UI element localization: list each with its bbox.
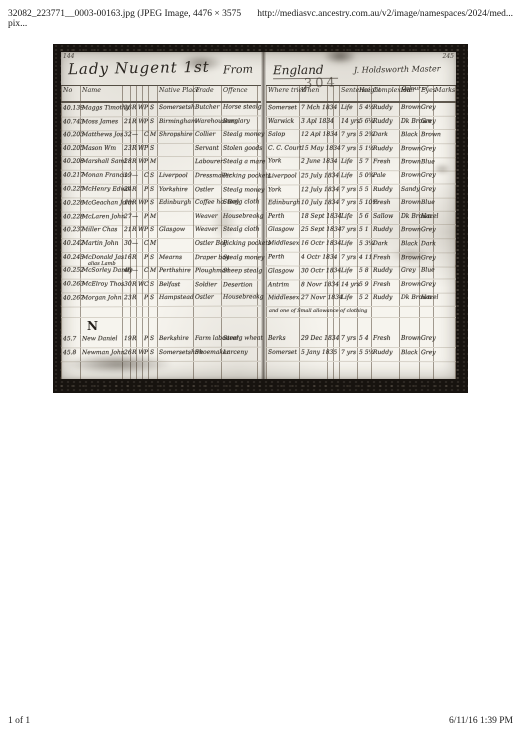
scanned-document-image: 144 Lady Nugent 1st From NoNameNative Pl…	[53, 44, 468, 393]
cell-trade	[194, 362, 222, 379]
cell-when: 18 Sept 1834	[300, 212, 328, 225]
cell-height: 4 11	[358, 253, 372, 266]
print-footer-pagecount: 1 of 1	[8, 716, 30, 726]
cell-eyes: Grey	[420, 334, 434, 347]
ruled-row	[61, 307, 261, 318]
cell-no	[61, 307, 81, 317]
cell-age: 28	[123, 157, 131, 170]
cell-no: 40.217	[61, 171, 81, 184]
cell-trade: Ostler	[194, 185, 222, 198]
cell-trade: Servant	[194, 144, 222, 157]
cell-eyes: Blue	[420, 198, 434, 211]
ledger-row: Liverpool25 July 1834Life5 0¾PaleBrownGr…	[266, 170, 456, 185]
cell-no: 40.267	[61, 294, 81, 307]
colhead-sentence: Sentence	[340, 86, 358, 101]
cell-height: 5 2¾	[358, 130, 372, 143]
cell-trade: Coffee ho. Boy	[194, 198, 222, 211]
printed-browser-page: { "print": { "header_left": "32082_22377…	[0, 0, 521, 738]
cell-hair: Black	[400, 348, 420, 361]
cell-trade: Warehousemn	[194, 116, 222, 129]
cell-offence: Housebreakg	[222, 293, 258, 306]
ledger-left-page: 144 Lady Nugent 1st From NoNameNative Pl…	[61, 52, 261, 379]
cell-place: Glasgow	[158, 225, 194, 238]
cell-when: 30 Octr 1834	[300, 266, 328, 279]
cell-tried: Glasgow	[266, 267, 300, 280]
cell-place: Somersetshire	[158, 348, 194, 361]
cell-place: Perthshire	[158, 266, 194, 279]
cell-place	[158, 362, 194, 379]
cell-no: 40.208	[61, 157, 81, 170]
cell-complexion: Ruddy	[372, 225, 400, 238]
cell-complexion: Fresh	[372, 280, 400, 293]
cell-m4: S	[149, 103, 158, 116]
cell-sentence: Life	[340, 212, 358, 225]
left-page-number: 144	[63, 53, 74, 60]
cell-complexion: Ruddy	[372, 144, 400, 157]
ledger-row: 45.8Newman John26R WPSSomersetshireShoem…	[61, 348, 261, 362]
cell-m4: S	[149, 117, 158, 130]
colhead-complexion: Complexion	[372, 86, 400, 101]
cell-offence: Picking pockets	[222, 171, 258, 184]
ledger-row: 40.139Maggs Timothy26RWPSSomersetshButch…	[61, 102, 261, 117]
cell-offence: Horse stealg	[222, 102, 258, 115]
cell-m4: S	[149, 184, 158, 197]
cell-age: 27	[123, 212, 131, 225]
cell-place	[158, 239, 194, 252]
ledger-row: 40.252McSorley Dandy40—CMPerthshirePloug…	[61, 266, 261, 280]
cell-age: 18	[123, 198, 131, 211]
cell-m4: S	[149, 334, 158, 347]
cell-marks	[434, 362, 456, 379]
cell-marks	[434, 318, 456, 334]
cell-hair: Brown	[400, 334, 420, 347]
cell-m4: S	[149, 171, 158, 184]
cell-place	[158, 307, 194, 317]
cell-tried: Liverpool	[266, 171, 300, 184]
cell-marks	[434, 158, 456, 171]
cell-tried	[266, 318, 300, 334]
cell-marks	[434, 170, 456, 183]
cell-sentence: 14 yrs	[340, 117, 358, 130]
ruled-row: N	[61, 318, 261, 334]
cell-height: 5 5½	[358, 348, 372, 361]
cell-age	[123, 307, 131, 317]
cell-marks	[434, 144, 456, 157]
cell-height: 5 1	[358, 225, 372, 238]
colhead-m4	[149, 86, 158, 101]
ship-name-title: Lady Nugent 1st	[68, 58, 210, 78]
ledger-row: Berks29 Dec 18347 yrs5 4FreshBrownGrey	[266, 334, 456, 348]
cell-no: 40.743	[61, 117, 81, 130]
cell-trade: Collier	[194, 130, 222, 143]
cell-marks	[434, 293, 456, 306]
colhead-age	[123, 86, 131, 101]
cell-when: 10 July 1834	[300, 198, 328, 211]
cell-hair: Black	[400, 130, 420, 143]
cell-trade: Weaver	[194, 211, 222, 224]
cell-eyes: Grey	[420, 348, 434, 361]
cell-hair: Brown	[400, 225, 420, 238]
cell-age: 19	[123, 171, 131, 184]
cell-no: 40.242	[61, 239, 81, 252]
cell-trade	[194, 307, 222, 317]
cell-when: 2 June 1834	[300, 157, 328, 170]
ledger-row: 40.208Marshall Saml28R WPMLabourerStealg…	[61, 157, 261, 171]
cell-sentence: 14 yrs	[340, 280, 358, 293]
cell-name: Marshall Saml	[81, 157, 123, 170]
cell-tried: Perth	[266, 212, 300, 225]
ledger-row: 40.237Miller Chas21RWPSGlasgowWeaverStea…	[61, 225, 261, 239]
cell-eyes: Hazel	[420, 212, 434, 225]
section-letter: N	[87, 319, 98, 333]
cell-age: 23	[123, 144, 131, 157]
right-page-number: 245	[443, 53, 454, 60]
cell-height: 5 0¾	[358, 171, 372, 184]
cell-age	[123, 362, 131, 379]
ledger-row: 40.228McLaren John27—PMWeaverHousebreakg	[61, 211, 261, 225]
cell-hair: Dk Brown	[400, 293, 420, 306]
cell-trade: Butcher	[194, 103, 222, 116]
cell-complexion: Dark	[372, 239, 400, 252]
cell-marks	[434, 266, 456, 279]
ledger-row: 40.217Monan Francis19—CSLiverpoolDressma…	[61, 171, 261, 185]
cell-height: 5 4	[358, 334, 372, 347]
cell-sentence: 7 yrs	[340, 198, 358, 211]
left-rows: 40.139Maggs Timothy26RWPSSomersetshButch…	[61, 103, 261, 379]
cell-sentence: Life	[340, 157, 358, 170]
cell-name: Newman John	[81, 348, 123, 361]
cell-hair	[400, 362, 420, 379]
cell-name: New Daniel	[81, 334, 123, 347]
cell-m4: M	[149, 212, 158, 225]
cell-hair	[400, 318, 420, 334]
cell-name: Maggs Timothy	[81, 103, 123, 116]
cell-name: McSorley Dandy	[81, 266, 123, 279]
cell-eyes	[420, 307, 434, 317]
cell-eyes: Blue	[420, 158, 434, 171]
from-label: From	[223, 62, 253, 76]
cell-m4: M	[149, 266, 158, 279]
cell-marks	[434, 348, 456, 361]
cell-marks	[434, 239, 456, 252]
ledger-paper: 144 Lady Nugent 1st From NoNameNative Pl…	[61, 52, 456, 379]
cell-hair: Black	[400, 239, 420, 252]
cell-age: 26	[123, 103, 131, 116]
cell-eyes: Dark	[420, 239, 434, 252]
ledger-row: Perth18 Sept 1834Life5 6SallowDk BrownHa…	[266, 212, 456, 226]
ledger-row: Middlesex27 Novr 1834Life5 2RuddyDk Brow…	[266, 293, 456, 307]
colhead-place: Native Place	[158, 86, 194, 101]
cell-m4: S	[149, 253, 158, 266]
cell-name	[81, 362, 123, 379]
cell-tried: Somerset	[266, 348, 300, 361]
cell-complexion: Fresh	[372, 253, 400, 266]
cell-sentence: Life	[340, 171, 358, 184]
cell-offence: Desertion	[222, 280, 258, 293]
cell-offence: Housebreakg	[222, 211, 258, 224]
cell-offence: Stealg cloth	[222, 198, 258, 211]
cell-m4	[149, 318, 158, 334]
cell-complexion: Fresh	[372, 334, 400, 347]
cell-no: 40.237	[61, 226, 81, 239]
cell-name: McLaren John	[81, 212, 123, 225]
colhead-when: When	[300, 86, 328, 101]
cell-age: 19	[123, 334, 131, 347]
colhead-no: No	[61, 86, 81, 101]
cell-eyes: Blue	[420, 266, 434, 279]
cell-height	[358, 362, 372, 379]
cell-trade	[194, 318, 222, 334]
ledger-right-page: 245 England J. Holdsworth Master 304 Col…	[266, 52, 456, 379]
cell-when: 4 Octr 1834	[300, 252, 328, 265]
cell-tried: Berks	[266, 334, 300, 347]
print-header-url: http://mediasvc.ancestry.com.au/v2/image…	[257, 9, 513, 29]
ledger-row: 40.226McGeachan John18R WPSEdinburghCoff…	[61, 198, 261, 213]
cell-marks	[434, 253, 456, 266]
cell-complexion: Ruddy	[372, 117, 400, 130]
cell-name: Matthews Jos	[81, 130, 123, 143]
cell-sentence: Life	[340, 239, 358, 252]
colhead-name: Name	[81, 86, 123, 101]
cell-place: Mearns	[158, 253, 194, 266]
cell-sentence	[340, 362, 358, 379]
left-column-headers: NoNameNative PlaceTradeOffence	[61, 86, 261, 103]
cell-m4	[149, 307, 158, 317]
cell-age: 32	[123, 130, 131, 143]
cell-no: 40.245	[61, 252, 81, 265]
cell-offence: Stealg wheat	[222, 334, 258, 347]
cell-when	[300, 318, 328, 334]
cell-name: McElroy Thos	[81, 279, 123, 292]
cell-hair: Brown	[400, 198, 420, 211]
cell-place: Birmingham	[158, 116, 194, 129]
cell-marks	[434, 212, 456, 225]
cell-age	[123, 318, 131, 334]
cell-no: 40.252	[61, 266, 81, 279]
cell-tried: Warwick	[266, 117, 300, 130]
cell-when: 8 Novr 1834	[300, 280, 328, 293]
cell-complexion	[372, 307, 400, 317]
colhead-marks: Marks	[434, 86, 456, 101]
cell-when: 7 Mch 1834	[300, 103, 328, 116]
cell-no: 40.205	[61, 144, 81, 157]
cell-place: Somersetsh	[158, 103, 194, 116]
ledger-row: 40.245McDonald Jasalias Lamb16RPSMearnsD…	[61, 252, 261, 266]
ledger-row: 40.225McHenry Edwd24RPSYorkshireOstlerSt…	[61, 184, 261, 199]
cell-m4: S	[149, 225, 158, 238]
cell-tried: Somerset	[266, 103, 300, 116]
cell-complexion: Pale	[372, 171, 400, 184]
colhead-trade: Trade	[194, 86, 222, 101]
ruled-row	[61, 362, 261, 379]
cell-no: 40.225	[61, 184, 81, 197]
cell-when: 29 Dec 1834	[300, 334, 328, 347]
cell-tried: Middlesex	[266, 293, 300, 306]
cell-marks	[434, 198, 456, 211]
left-title-row: 144 Lady Nugent 1st From	[61, 52, 261, 86]
cell-eyes: Grey	[420, 117, 434, 130]
cell-offence: Sheep stealg	[222, 266, 258, 279]
cell-no: 40.228	[61, 212, 81, 225]
cell-when	[300, 362, 328, 379]
cell-name: McGeachan John	[81, 198, 123, 211]
cell-tried: Salop	[266, 130, 300, 143]
cell-sentence: Life	[340, 293, 358, 306]
cell-tried: Edinburgh	[266, 198, 300, 211]
cell-eyes: Grey	[420, 279, 434, 292]
print-footer: 1 of 1 6/11/16 1:39 PM	[8, 716, 513, 726]
cell-trade: Weaver	[194, 225, 222, 238]
cell-eyes: Grey	[420, 253, 434, 266]
cell-tried: York	[266, 157, 300, 170]
cell-complexion: Fresh	[372, 198, 400, 211]
cell-m4: S	[149, 293, 158, 306]
cell-when: 3 Apl 1834	[300, 117, 328, 130]
cell-trade: Ostler Boy	[194, 239, 222, 252]
cell-sentence: 7 yrs	[340, 144, 358, 157]
cell-m4	[149, 362, 158, 379]
print-footer-datetime: 6/11/16 1:39 PM	[449, 716, 513, 726]
cell-name: Martin John	[81, 239, 123, 252]
ledger-row: Antrim8 Novr 183414 yrs5 9FreshBrownGrey	[266, 279, 456, 293]
cell-name: Miller Chas	[81, 225, 123, 238]
colhead-hair: Hair	[400, 86, 420, 101]
cell-name: Morgan John	[81, 294, 123, 307]
cell-height: 5 2	[358, 293, 372, 306]
cell-offence: Stealg cloth	[222, 225, 258, 238]
cell-eyes: Grey	[420, 144, 434, 157]
ledger-row: Somerset7 Mch 1834Life5 4½RuddyBrownGrey	[266, 103, 456, 117]
cell-height: 5 6	[358, 212, 372, 225]
cell-sentence	[340, 318, 358, 334]
cell-age: 40	[123, 266, 131, 279]
ruled-row: and one of Small allowance of clothing	[266, 307, 456, 318]
cell-offence	[222, 318, 258, 334]
print-header: 32082_223771__0003-00163.jpg (JPEG Image…	[8, 9, 513, 29]
cell-marks	[434, 117, 456, 130]
cell-age: 21	[123, 117, 131, 130]
cell-sentence: 7 yrs	[340, 225, 358, 238]
cell-name: Mason Wm	[81, 144, 123, 157]
cell-m4: S	[149, 280, 158, 293]
cell-trade: Farm labourer	[194, 334, 222, 347]
colhead-tried: Where tried	[266, 86, 300, 101]
cell-tried	[266, 362, 300, 379]
cell-name	[81, 307, 123, 317]
cell-sentence: 7 yrs	[340, 252, 358, 265]
cell-height: 5 3¼	[358, 239, 372, 252]
cell-no	[61, 362, 81, 379]
cell-hair: Brown	[400, 171, 420, 184]
right-rows: Somerset7 Mch 1834Life5 4½RuddyBrownGrey…	[266, 103, 456, 379]
cell-complexion: Ruddy	[372, 103, 400, 116]
ledger-row: York2 June 1834Life5 7FreshBrownBlue	[266, 157, 456, 172]
cell-complexion: Ruddy	[372, 184, 400, 197]
cell-sentence: 7 yrs	[340, 185, 358, 198]
cell-no: 40.263	[61, 279, 81, 292]
cell-eyes: Grey	[420, 225, 434, 238]
cell-eyes	[420, 318, 434, 334]
cell-m4: M	[149, 157, 158, 170]
cell-eyes	[420, 362, 434, 379]
cell-no: 40.139	[61, 104, 81, 117]
cell-complexion: Ruddy	[372, 266, 400, 279]
ledger-row: Edinburgh10 July 18347 yrs5 10½FreshBrow…	[266, 198, 456, 212]
cell-age: 26	[123, 348, 131, 361]
cell-height: 5 10½	[358, 198, 372, 211]
cell-height: 5 8	[358, 266, 372, 279]
cell-offence: Stealg money	[222, 130, 258, 143]
ledger-row: 40.242Martin John30—CMOstler BoyPicking …	[61, 239, 261, 253]
cell-when: 12 July 1834	[300, 185, 328, 198]
cell-hair: Brown	[400, 253, 420, 266]
ledger-row: Glasgow30 Octr 1834Life5 8RuddyGreyBlue	[266, 266, 456, 281]
cell-complexion: Fresh	[372, 157, 400, 170]
cell-offence: Picking pockets	[222, 239, 258, 252]
cell-marks	[434, 103, 456, 116]
cell-marks	[434, 279, 456, 292]
cell-place	[158, 144, 194, 157]
cell-hair: Grey	[400, 266, 420, 279]
cell-height: 5 7	[358, 157, 372, 170]
cell-name: McHenry Edwd	[81, 184, 123, 197]
cell-trade: Labourer	[194, 157, 222, 170]
ruled-row	[266, 318, 456, 334]
cell-no: 45.8	[61, 348, 81, 361]
cell-hair: Brown	[400, 144, 420, 157]
cell-tried: Glasgow	[266, 225, 300, 238]
cell-no: 40.226	[61, 199, 81, 212]
cell-complexion	[372, 362, 400, 379]
cell-offence	[222, 362, 258, 379]
cell-offence: Burglary	[222, 116, 258, 129]
cell-m4: M	[149, 130, 158, 143]
cell-eyes: Hazel	[420, 293, 434, 306]
cell-trade: Ploughman	[194, 266, 222, 279]
cell-marks	[434, 334, 456, 347]
right-column-headers: Colour of Where triedWhenSentenceHeightC…	[266, 86, 456, 103]
cell-m4: S	[149, 144, 158, 157]
cell-tried: C. C. Court	[266, 143, 300, 156]
cell-when: 16 Octr 1834	[300, 239, 328, 252]
cell-offence: Stealg money	[222, 253, 258, 266]
cell-offence: Stealg a mare	[222, 158, 258, 171]
cell-sentence: Life	[340, 103, 358, 116]
cell-height: 5 5	[358, 185, 372, 198]
cell-hair: Brown	[400, 158, 420, 171]
cell-name: Moss James	[81, 117, 123, 130]
cell-height: 5 9	[358, 280, 372, 293]
cell-sentence: 7 yrs	[340, 130, 358, 143]
cell-marks	[434, 307, 456, 317]
cell-m4: S	[149, 198, 158, 211]
colhead-offence: Offence	[222, 86, 258, 101]
cell-hair: Brown	[400, 103, 420, 116]
cell-place: Berkshire	[158, 334, 194, 347]
cell-name: Monan Francis	[81, 171, 123, 184]
cell-hair: Dk Brown	[400, 117, 420, 130]
cell-marks	[434, 225, 456, 238]
cell-hair: Brown	[400, 279, 420, 292]
cell-offence: Stealg money	[222, 185, 258, 198]
cell-sentence: Life	[340, 266, 358, 279]
cell-sentence: 7 yrs	[340, 334, 358, 347]
cell-marks	[434, 130, 456, 143]
colhead-eyes: Eyes	[420, 86, 434, 101]
cell-when: 5 Jany 1835	[300, 348, 328, 361]
cell-height: 5 4½	[358, 103, 372, 116]
cell-age: 23	[123, 294, 131, 307]
